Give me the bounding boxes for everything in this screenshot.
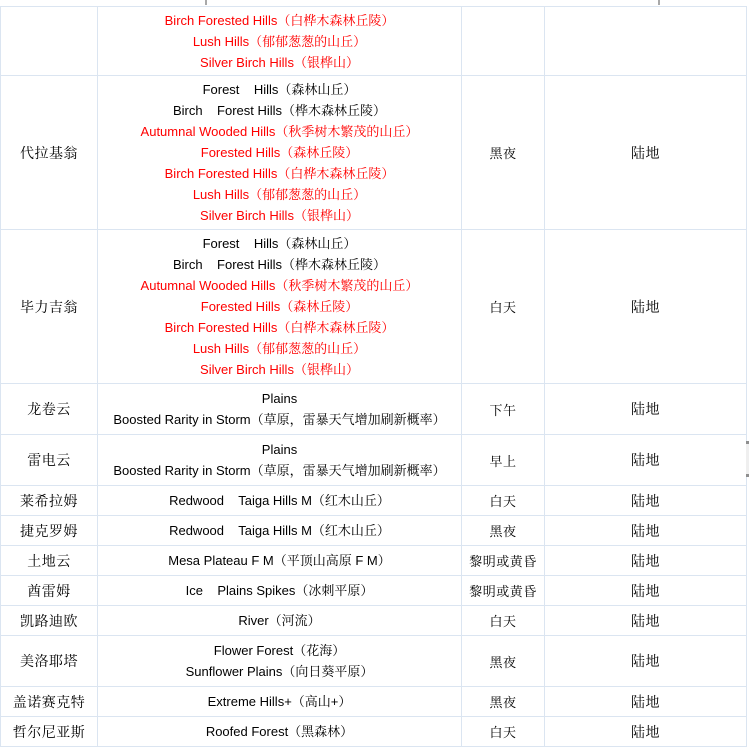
- pokemon-name-cell: 美洛耶塔: [1, 636, 98, 687]
- pokemon-name-cell: [1, 7, 98, 76]
- biome-line: Birch Forest Hills（桦木森林丘陵）: [98, 254, 461, 275]
- biome-line: Lush Hills（郁郁葱葱的山丘）: [98, 184, 461, 205]
- time-cell: [462, 7, 545, 76]
- table-row: 雷电云 PlainsBoosted Rarity in Storm（草原，雷暴天…: [1, 435, 747, 486]
- biome-line: Extreme Hills+（高山+）: [98, 691, 461, 712]
- biome-cell: Ice Plains Spikes（冰刺平原）: [98, 576, 462, 606]
- wiki-page: Birch Forested Hills（白桦木森林丘陵）Lush Hills（…: [0, 0, 749, 749]
- time-cell: 白天: [462, 486, 545, 516]
- pokemon-name-cell: 土地云: [1, 546, 98, 576]
- location-cell: 陆地: [545, 384, 747, 435]
- biome-line: Birch Forested Hills（白桦木森林丘陵）: [98, 317, 461, 338]
- pokemon-name-cell: 盖诺赛克特: [1, 687, 98, 717]
- biome-cell: Redwood Taiga Hills M（红木山丘）: [98, 486, 462, 516]
- location-cell: 陆地: [545, 546, 747, 576]
- location-cell: 陆地: [545, 576, 747, 606]
- biome-cell: Forest Hills（森林山丘）Birch Forest Hills（桦木森…: [98, 76, 462, 230]
- time-cell: 下午: [462, 384, 545, 435]
- time-cell: 黑夜: [462, 687, 545, 717]
- biome-line: Silver Birch Hills（银桦山）: [98, 205, 461, 226]
- biome-cell: Extreme Hills+（高山+）: [98, 687, 462, 717]
- time-cell: 黎明或黄昏: [462, 576, 545, 606]
- pokemon-name-cell: 龙卷云: [1, 384, 98, 435]
- table-row: 哲尔尼亚斯 Roofed Forest（黑森林） 白天 陆地: [1, 717, 747, 747]
- biome-line: Forest Hills（森林山丘）: [98, 79, 461, 100]
- table-row: 美洛耶塔 Flower Forest（花海）Sunflower Plains（向…: [1, 636, 747, 687]
- biome-cell: PlainsBoosted Rarity in Storm（草原，雷暴天气增加刷…: [98, 384, 462, 435]
- biome-line: Birch Forested Hills（白桦木森林丘陵）: [98, 10, 461, 31]
- pokemon-name-cell: 毕力吉翁: [1, 230, 98, 384]
- location-cell: 陆地: [545, 687, 747, 717]
- biome-line: Boosted Rarity in Storm（草原，雷暴天气增加刷新概率）: [98, 460, 461, 481]
- biome-line: Forested Hills（森林丘陵）: [98, 296, 461, 317]
- biome-line: Autumnal Wooded Hills（秋季树木繁茂的山丘）: [98, 275, 461, 296]
- time-cell: 白天: [462, 606, 545, 636]
- table-row: 土地云 Mesa Plateau F M（平顶山高原 F M） 黎明或黄昏 陆地: [1, 546, 747, 576]
- pokemon-name-cell: 酋雷姆: [1, 576, 98, 606]
- location-cell: 陆地: [545, 486, 747, 516]
- table-row: 莱希拉姆 Redwood Taiga Hills M（红木山丘） 白天 陆地: [1, 486, 747, 516]
- table-row: Birch Forested Hills（白桦木森林丘陵）Lush Hills（…: [1, 7, 747, 76]
- time-cell: 黑夜: [462, 636, 545, 687]
- pokemon-name-cell: 代拉基翁: [1, 76, 98, 230]
- biome-line: Plains: [98, 388, 461, 409]
- table-row: 龙卷云 PlainsBoosted Rarity in Storm（草原，雷暴天…: [1, 384, 747, 435]
- biome-cell: Roofed Forest（黑森林）: [98, 717, 462, 747]
- biome-cell: PlainsBoosted Rarity in Storm（草原，雷暴天气增加刷…: [98, 435, 462, 486]
- pokemon-name-cell: 雷电云: [1, 435, 98, 486]
- biome-cell: Mesa Plateau F M（平顶山高原 F M）: [98, 546, 462, 576]
- biome-line: Ice Plains Spikes（冰刺平原）: [98, 580, 461, 601]
- pokemon-name-cell: 哲尔尼亚斯: [1, 717, 98, 747]
- time-cell: 黎明或黄昏: [462, 546, 545, 576]
- biome-cell: Flower Forest（花海）Sunflower Plains（向日葵平原）: [98, 636, 462, 687]
- top-border-tick: [205, 0, 207, 5]
- biome-line: River（河流）: [98, 610, 461, 631]
- biome-cell: River（河流）: [98, 606, 462, 636]
- time-cell: 黑夜: [462, 76, 545, 230]
- spawn-table-body: Birch Forested Hills（白桦木森林丘陵）Lush Hills（…: [1, 7, 747, 747]
- biome-line: Silver Birch Hills（银桦山）: [98, 52, 461, 73]
- table-row: 毕力吉翁 Forest Hills（森林山丘）Birch Forest Hill…: [1, 230, 747, 384]
- time-cell: 白天: [462, 717, 545, 747]
- top-strip: [0, 0, 749, 6]
- biome-line: Redwood Taiga Hills M（红木山丘）: [98, 490, 461, 511]
- table-row: 捷克罗姆 Redwood Taiga Hills M（红木山丘） 黑夜 陆地: [1, 516, 747, 546]
- biome-line: Roofed Forest（黑森林）: [98, 721, 461, 742]
- biome-line: Sunflower Plains（向日葵平原）: [98, 661, 461, 682]
- location-cell: 陆地: [545, 230, 747, 384]
- biome-line: Plains: [98, 439, 461, 460]
- biome-line: Redwood Taiga Hills M（红木山丘）: [98, 520, 461, 541]
- location-cell: 陆地: [545, 606, 747, 636]
- biome-cell: Forest Hills（森林山丘）Birch Forest Hills（桦木森…: [98, 230, 462, 384]
- biome-line: Lush Hills（郁郁葱葱的山丘）: [98, 338, 461, 359]
- time-cell: 黑夜: [462, 516, 545, 546]
- biome-line: Mesa Plateau F M（平顶山高原 F M）: [98, 550, 461, 571]
- location-cell: 陆地: [545, 636, 747, 687]
- biome-line: Flower Forest（花海）: [98, 640, 461, 661]
- location-cell: 陆地: [545, 435, 747, 486]
- location-cell: 陆地: [545, 76, 747, 230]
- table-row: 盖诺赛克特 Extreme Hills+（高山+） 黑夜 陆地: [1, 687, 747, 717]
- time-cell: 早上: [462, 435, 545, 486]
- biome-line: Forested Hills（森林丘陵）: [98, 142, 461, 163]
- table-row: 凯路迪欧 River（河流） 白天 陆地: [1, 606, 747, 636]
- pokemon-name-cell: 捷克罗姆: [1, 516, 98, 546]
- time-cell: 白天: [462, 230, 545, 384]
- location-cell: 陆地: [545, 717, 747, 747]
- table-row: 代拉基翁 Forest Hills（森林山丘）Birch Forest Hill…: [1, 76, 747, 230]
- pokemon-spawn-table: Birch Forested Hills（白桦木森林丘陵）Lush Hills（…: [0, 6, 747, 747]
- table-row: 酋雷姆 Ice Plains Spikes（冰刺平原） 黎明或黄昏 陆地: [1, 576, 747, 606]
- biome-line: Boosted Rarity in Storm（草原，雷暴天气增加刷新概率）: [98, 409, 461, 430]
- biome-line: Birch Forested Hills（白桦木森林丘陵）: [98, 163, 461, 184]
- location-cell: [545, 7, 747, 76]
- biome-line: Autumnal Wooded Hills（秋季树木繁茂的山丘）: [98, 121, 461, 142]
- biome-line: Birch Forest Hills（桦木森林丘陵）: [98, 100, 461, 121]
- biome-line: Forest Hills（森林山丘）: [98, 233, 461, 254]
- biome-line: Lush Hills（郁郁葱葱的山丘）: [98, 31, 461, 52]
- biome-line: Silver Birch Hills（银桦山）: [98, 359, 461, 380]
- location-cell: 陆地: [545, 516, 747, 546]
- biome-cell: Redwood Taiga Hills M（红木山丘）: [98, 516, 462, 546]
- biome-cell: Birch Forested Hills（白桦木森林丘陵）Lush Hills（…: [98, 7, 462, 76]
- pokemon-name-cell: 莱希拉姆: [1, 486, 98, 516]
- top-border-tick: [658, 0, 660, 5]
- pokemon-name-cell: 凯路迪欧: [1, 606, 98, 636]
